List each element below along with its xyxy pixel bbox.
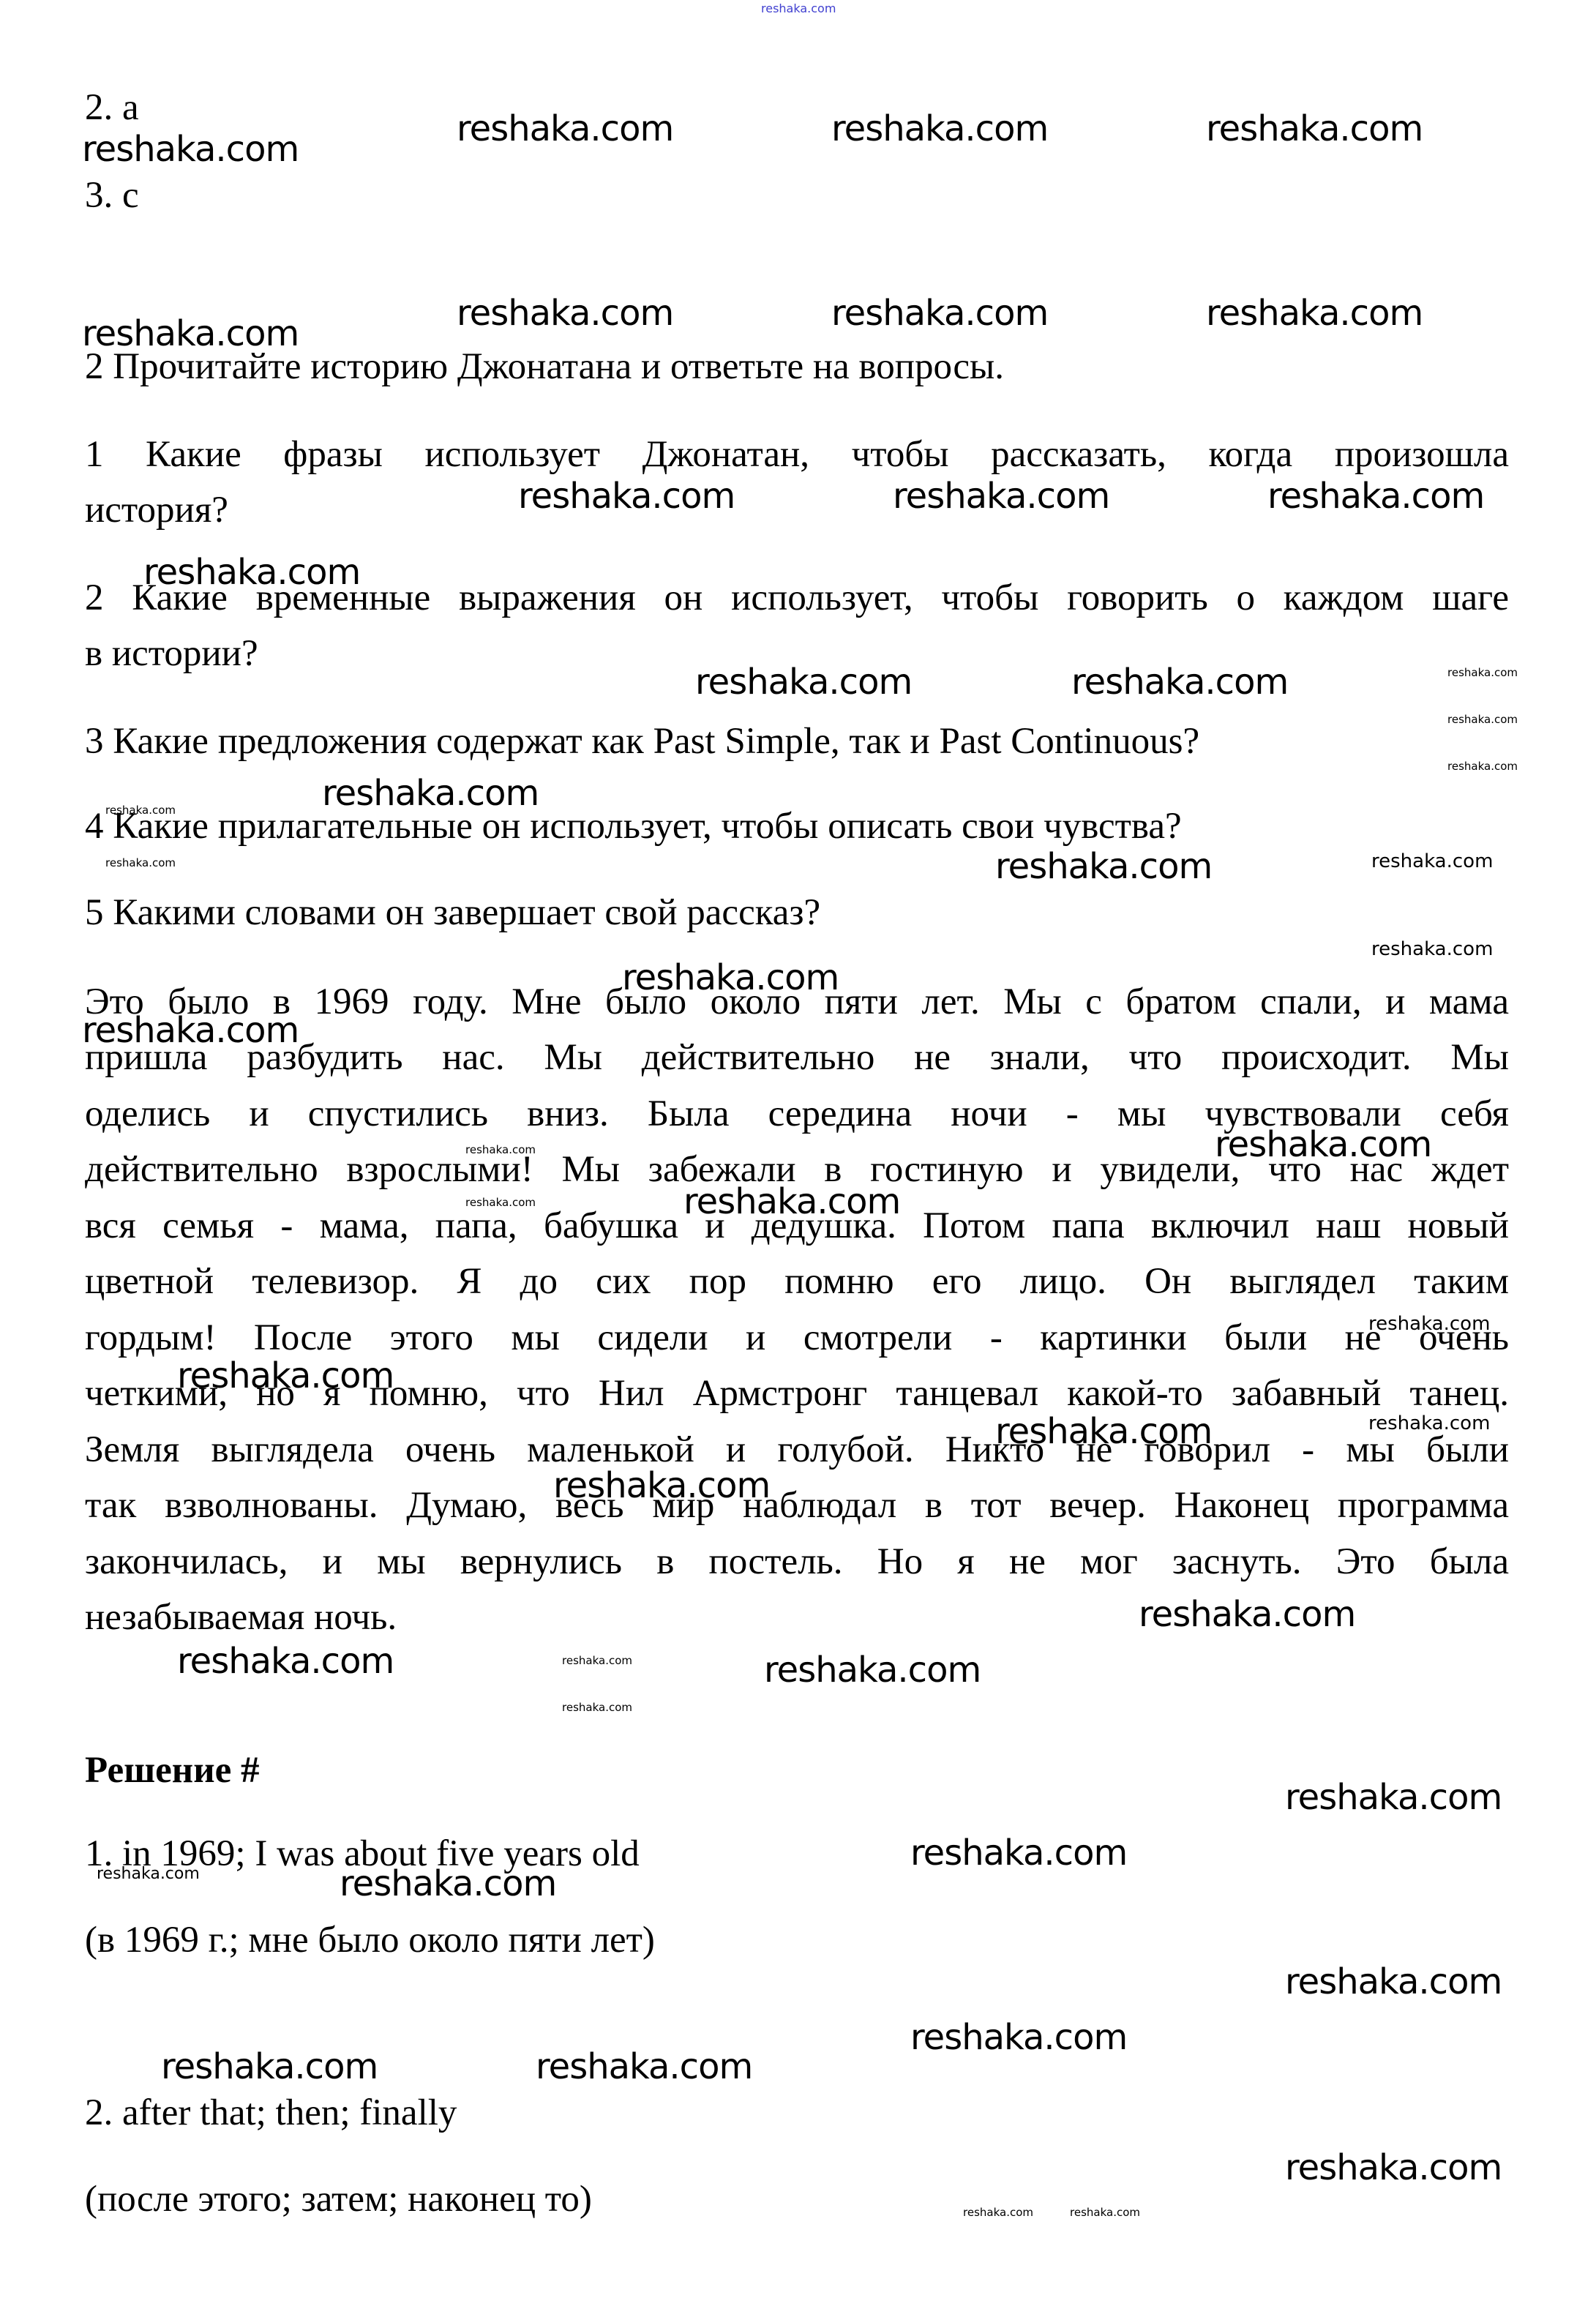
watermark: reshaka.com — [1285, 2150, 1502, 2185]
answer-ru: (в 1969 г.; мне было около пяти лет) — [85, 1922, 655, 1959]
watermark-small: reshaka.com — [97, 1866, 200, 1882]
story-line: закончилась, и мы вернулись в постель. Н… — [85, 1543, 1509, 1581]
watermark-small: reshaka.com — [562, 1655, 632, 1666]
watermark: reshaka.com — [536, 2049, 752, 2084]
question-4: 4 Какие прилагательные он использует, чт… — [85, 808, 1182, 845]
watermark: reshaka.com — [910, 2020, 1127, 2055]
watermark: reshaka.com — [622, 960, 839, 995]
watermark: reshaka.com — [831, 296, 1048, 331]
watermark: reshaka.com — [910, 1835, 1127, 1871]
watermark: reshaka.com — [695, 665, 912, 700]
watermark: reshaka.com — [518, 479, 735, 514]
question-1: 1 Какие фразы использует Джонатан, чтобы… — [85, 436, 1509, 473]
watermark-small: reshaka.com — [105, 805, 176, 816]
watermark-small: reshaka.com — [465, 1145, 536, 1156]
answer-en: 2. after that; then; finally — [85, 2095, 457, 2132]
watermark-small: reshaka.com — [1371, 852, 1493, 871]
watermark: reshaka.com — [1267, 479, 1484, 514]
watermark-small: reshaka.com — [1368, 1314, 1490, 1333]
watermark: reshaka.com — [143, 555, 360, 590]
site-link[interactable]: reshaka.com — [761, 1, 836, 15]
watermark-small: reshaka.com — [562, 1702, 632, 1713]
story-line: цветной телевизор. Я до сих пор помню ег… — [85, 1263, 1509, 1300]
watermark: reshaka.com — [1206, 296, 1423, 331]
watermark: reshaka.com — [995, 849, 1212, 884]
watermark: reshaka.com — [177, 1644, 394, 1679]
watermark: reshaka.com — [1206, 111, 1423, 146]
watermark: reshaka.com — [831, 111, 1048, 146]
watermark: reshaka.com — [82, 316, 299, 351]
watermark: reshaka.com — [457, 296, 673, 331]
watermark-small: reshaka.com — [1447, 667, 1518, 678]
watermark-small: reshaka.com — [1368, 1414, 1490, 1433]
question-3: 3 Какие предложения содержат как Past Si… — [85, 723, 1199, 760]
watermark: reshaka.com — [340, 1866, 556, 1901]
watermark: reshaka.com — [1285, 1780, 1502, 1815]
watermark: reshaka.com — [457, 111, 673, 146]
watermark: reshaka.com — [1285, 1964, 1502, 1999]
watermark: reshaka.com — [177, 1358, 394, 1393]
watermark: reshaka.com — [683, 1184, 900, 1219]
previous-answer: 3. c — [85, 177, 139, 214]
watermark: reshaka.com — [995, 1414, 1212, 1449]
watermark: reshaka.com — [1071, 665, 1288, 700]
watermark: reshaka.com — [82, 132, 299, 167]
question-5: 5 Какими словами он завершает свой расск… — [85, 894, 820, 932]
watermark: reshaka.com — [1139, 1597, 1355, 1632]
watermark: reshaka.com — [553, 1468, 770, 1503]
answer-ru: (после этого; затем; наконец то) — [85, 2181, 592, 2218]
watermark-small: reshaka.com — [465, 1197, 536, 1208]
story-line: гордым! После этого мы сидели и смотрели… — [85, 1320, 1509, 1357]
watermark-small: reshaka.com — [1371, 940, 1493, 959]
question-1-cont: история? — [85, 492, 228, 529]
document-page: reshaka.com 2. a 3. c 2 Прочитайте истор… — [0, 0, 1596, 2317]
watermark: reshaka.com — [161, 2049, 378, 2084]
watermark: reshaka.com — [322, 776, 539, 811]
solution-heading: Решение # — [85, 1752, 259, 1789]
previous-answer: 2. a — [85, 89, 139, 127]
question-2-cont: в истории? — [85, 635, 258, 673]
watermark-small: reshaka.com — [1447, 714, 1518, 725]
watermark: reshaka.com — [764, 1652, 981, 1688]
story-line: Земля выглядела очень маленькой и голубо… — [85, 1431, 1509, 1469]
watermark: reshaka.com — [893, 479, 1109, 514]
watermark-small: reshaka.com — [1447, 761, 1518, 772]
watermark: reshaka.com — [1215, 1127, 1431, 1162]
watermark-small: reshaka.com — [105, 858, 176, 869]
watermark-small: reshaka.com — [963, 2207, 1033, 2218]
story-line: так взволнованы. Думаю, весь мир наблюда… — [85, 1487, 1509, 1524]
story-line: незабываемая ночь. — [85, 1599, 397, 1636]
watermark-small: reshaka.com — [1070, 2207, 1140, 2218]
watermark: reshaka.com — [82, 1013, 299, 1048]
